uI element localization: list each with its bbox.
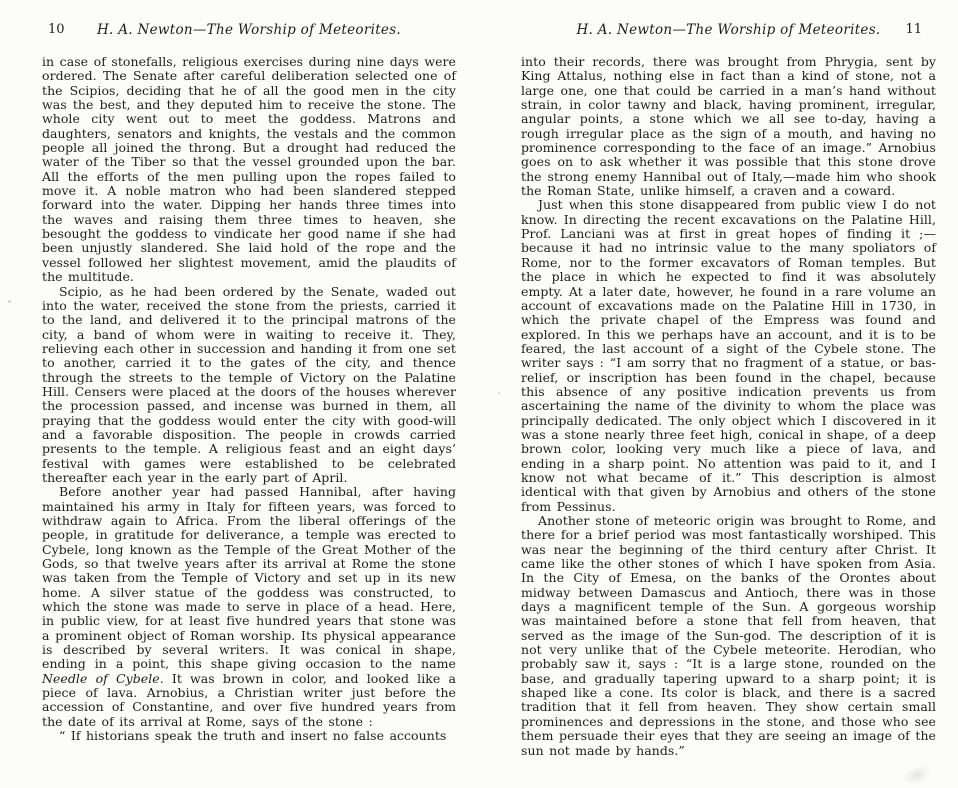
italic-phrase: Needle of Cybele xyxy=(42,671,160,686)
text-run: Before another year had passed Hannibal,… xyxy=(42,484,456,671)
paragraph: Just when this stone disappeared from pu… xyxy=(521,198,936,514)
paragraph: “ If historians speak the truth and inse… xyxy=(42,729,456,743)
right-running-header: H. A. Newton—The Worship of Meteorites. xyxy=(521,22,936,38)
right-page-body: into their records, there was brought fr… xyxy=(521,55,936,758)
paragraph: Scipio, as he had been ordered by the Se… xyxy=(42,285,456,486)
left-page: 10 H. A. Newton—The Worship of Meteorite… xyxy=(42,22,456,744)
text-run: Just when this stone disappeared from pu… xyxy=(521,197,936,513)
paragraph: Before another year had passed Hannibal,… xyxy=(42,485,456,729)
right-page: H. A. Newton—The Worship of Meteorites. … xyxy=(521,22,936,758)
left-page-body: in case of stonefalls, religious exercis… xyxy=(42,55,456,744)
paragraph: Another stone of meteoric origin was bro… xyxy=(521,514,936,758)
text-run: Scipio, as he had been ordered by the Se… xyxy=(42,284,456,485)
paragraph: in case of stonefalls, religious exercis… xyxy=(42,55,456,285)
left-page-header: 10 H. A. Newton—The Worship of Meteorite… xyxy=(42,22,456,41)
right-page-header: H. A. Newton—The Worship of Meteorites. … xyxy=(521,22,936,41)
left-running-header: H. A. Newton—The Worship of Meteorites. xyxy=(42,22,456,38)
scan-speck xyxy=(8,300,11,303)
scan-speck xyxy=(498,392,500,394)
paragraph: into their records, there was brought fr… xyxy=(521,55,936,198)
scan-smudge xyxy=(900,761,935,788)
right-page-number: 11 xyxy=(905,22,922,37)
text-run: “ If historians speak the truth and inse… xyxy=(59,728,446,743)
text-run: into their records, there was brought fr… xyxy=(521,54,936,198)
text-run: Another stone of meteoric origin was bro… xyxy=(521,513,936,758)
text-run: in case of stonefalls, religious exercis… xyxy=(42,54,456,284)
